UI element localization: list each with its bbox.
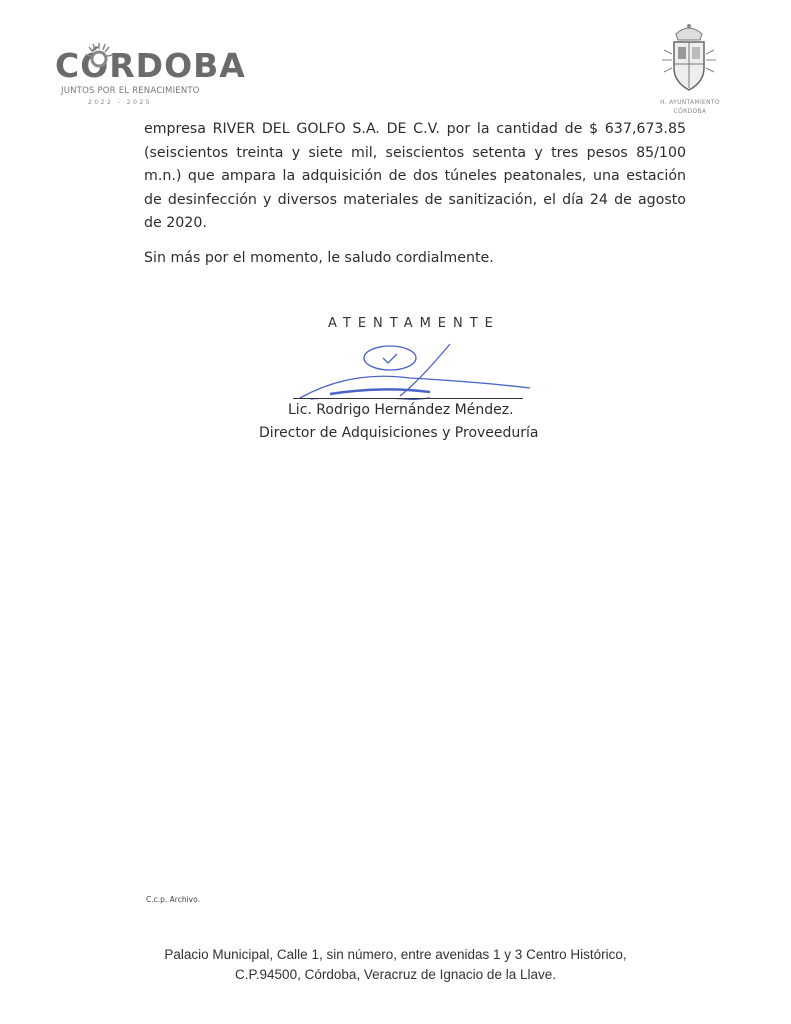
coat-of-arms-icon	[654, 20, 724, 100]
crest-caption-line1: H. AYUNTAMIENTO	[640, 98, 740, 107]
salutation: ATENTAMENTE	[328, 316, 500, 331]
signer-name: Lic. Rodrigo Hernández Méndez.	[288, 402, 514, 418]
logo-tagline: JUNTOS POR EL RENACIMIENTO	[61, 86, 200, 96]
logo-years: 2022 - 2025	[88, 99, 152, 106]
cordoba-logo: CÓRDOBA JUNTOS POR EL RENACIMIENTO 2022 …	[55, 38, 255, 108]
signer-title: Director de Adquisiciones y Proveeduría	[259, 425, 539, 441]
letter-body-paragraph: empresa RIVER DEL GOLFO S.A. DE C.V. por…	[144, 118, 686, 236]
signature	[290, 340, 540, 400]
footer-line2: C.P.94500, Córdoba, Veracruz de Ignacio …	[0, 965, 791, 985]
signature-line	[293, 398, 523, 399]
footer-line1: Palacio Municipal, Calle 1, sin número, …	[0, 945, 791, 965]
crest-caption: H. AYUNTAMIENTO CÓRDOBA	[640, 98, 740, 116]
ccp-note: C.c.p. Archivo.	[146, 895, 200, 904]
letter-closing: Sin más por el momento, le saludo cordia…	[144, 250, 494, 266]
footer-address: Palacio Municipal, Calle 1, sin número, …	[0, 945, 791, 985]
sun-icon	[84, 42, 114, 72]
crest-caption-line2: CÓRDOBA	[640, 107, 740, 116]
